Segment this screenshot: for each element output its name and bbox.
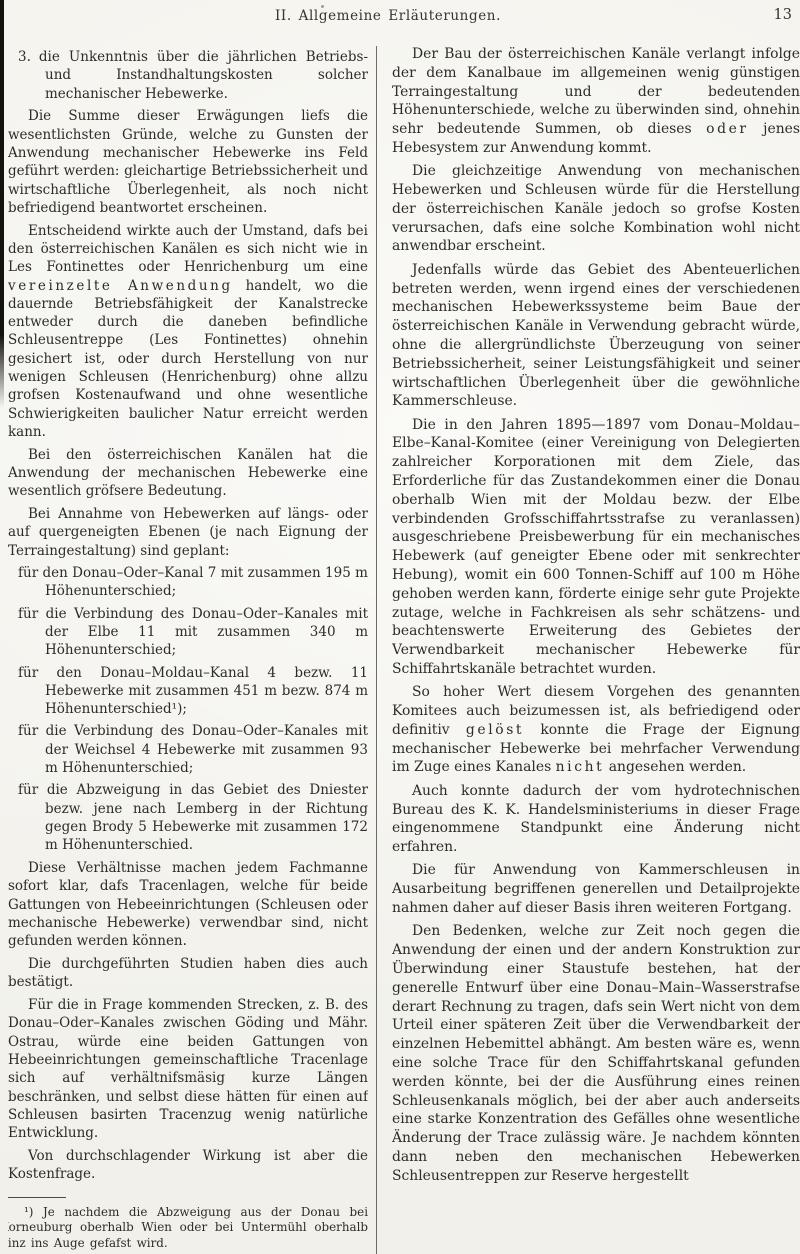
text-run: Von durchschlagender Wirkung ist aber di…	[8, 1148, 368, 1182]
list-marker: 3.	[18, 49, 39, 65]
list-item: für den Donau–Oder–Kanal 7 mit zusammen …	[18, 564, 368, 601]
list-item: für die Abzweigung in das Gebiet des Dni…	[18, 781, 368, 854]
footnote: ¹) Je nachdem die Abzweigung aus der Don…	[8, 1205, 368, 1252]
text-run: Die Summe dieser Erwägungen liefs die we…	[8, 108, 368, 215]
two-column-text-area: 3.die Unkenntnis über die jährlichen Bet…	[8, 40, 800, 1254]
text-run: für die Verbindung des Donau–Oder–Kanale…	[18, 606, 368, 659]
paragraph: Für die in Frage kommenden Strecken, z. …	[8, 996, 368, 1142]
text-run: für die Verbindung des Donau–Oder–Kanale…	[18, 723, 368, 776]
paragraph: Die Summe dieser Erwägungen liefs die we…	[8, 107, 368, 217]
left-column: 3.die Unkenntnis über die jährlichen Bet…	[8, 40, 368, 1254]
text-run: Die gleichzeitige Anwendung von mechanis…	[392, 163, 800, 254]
text-run: die Unkenntnis über die jährlichen Betri…	[39, 49, 368, 102]
paragraph: Jedenfalls würde das Gebiet des Abenteue…	[392, 261, 800, 411]
text-run: Die für Anwendung von Kammerschleusen in…	[392, 862, 800, 916]
text-run: Den Bedenken, welche zur Zeit noch gegen…	[392, 923, 800, 1183]
paragraph: Die durchgeführten Studien haben dies au…	[8, 955, 368, 992]
text-run: Bei den österreichischen Kanälen hat die…	[8, 447, 368, 500]
text-run: Entscheidend wirkte auch der Umstand, da…	[8, 223, 368, 276]
letterspaced-emphasis: nicht	[556, 759, 605, 775]
paragraph: So hoher Wert diesem Vorgehen des genann…	[392, 683, 800, 777]
paragraph: Von durchschlagender Wirkung ist aber di…	[8, 1147, 368, 1184]
letterspaced-emphasis: vereinzelte Anwendung	[8, 278, 233, 294]
text-run: Die in den Jahren 1895—1897 vom Donau–Mo…	[392, 417, 800, 677]
running-header: II. Allgemeine Erläuterungen.	[0, 8, 776, 24]
text-run: für die Abzweigung in das Gebiet des Dni…	[18, 782, 368, 853]
text-run: Für die in Frage kommenden Strecken, z. …	[8, 997, 368, 1141]
right-column: Der Bau der österreichischen Kanäle verl…	[392, 40, 800, 1254]
text-run: handelt, wo die dauernde Betriebsfähigke…	[8, 278, 368, 440]
text-run: Die durchgeführten Studien haben dies au…	[8, 956, 368, 990]
paragraph: Bei Annahme von Hebewerken auf längs- od…	[8, 505, 368, 560]
column-divider-rule	[376, 46, 377, 1254]
letterspaced-emphasis: gelöst	[466, 722, 524, 738]
text-run: Jedenfalls würde das Gebiet des Abenteue…	[392, 262, 800, 410]
footnote-divider	[8, 1197, 66, 1198]
paragraph: Die für Anwendung von Kammerschleusen in…	[392, 861, 800, 917]
list-item: für den Donau–Moldau–Kanal 4 bezw. 11 He…	[18, 664, 368, 719]
text-run: Bei Annahme von Hebewerken auf längs- od…	[8, 506, 368, 559]
text-run: angesehen werden.	[604, 759, 746, 775]
letterspaced-emphasis: oder	[706, 121, 749, 137]
list-item: für die Verbindung des Donau–Oder–Kanale…	[18, 605, 368, 660]
page-number: 13	[774, 7, 792, 23]
text-run: für den Donau–Moldau–Kanal 4 bezw. 11 He…	[18, 665, 368, 718]
paragraph: Den Bedenken, welche zur Zeit noch gegen…	[392, 922, 800, 1185]
book-page: II. Allgemeine Erläuterungen. 13 3.die U…	[0, 0, 800, 1254]
text-run: Auch konnte dadurch der vom hydrotechnis…	[392, 783, 800, 855]
paragraph: Der Bau der österreichischen Kanäle verl…	[392, 45, 800, 158]
scan-edge-artifact	[0, 0, 4, 408]
paragraph: Entscheidend wirkte auch der Umstand, da…	[8, 222, 368, 442]
paragraph: Die gleichzeitige Anwendung von mechanis…	[392, 162, 800, 256]
paragraph: Die in den Jahren 1895—1897 vom Donau–Mo…	[392, 416, 800, 679]
list-item: 3.die Unkenntnis über die jährlichen Bet…	[18, 48, 368, 103]
text-run: für den Donau–Oder–Kanal 7 mit zusammen …	[18, 565, 368, 599]
paragraph: Bei den österreichischen Kanälen hat die…	[8, 446, 368, 501]
text-run: Diese Verhältnisse machen jedem Fachmann…	[8, 860, 368, 949]
list-item: für die Verbindung des Donau–Oder–Kanale…	[18, 722, 368, 777]
paragraph: Auch konnte dadurch der vom hydrotechnis…	[392, 782, 800, 857]
paragraph: Diese Verhältnisse machen jedem Fachmann…	[8, 859, 368, 950]
